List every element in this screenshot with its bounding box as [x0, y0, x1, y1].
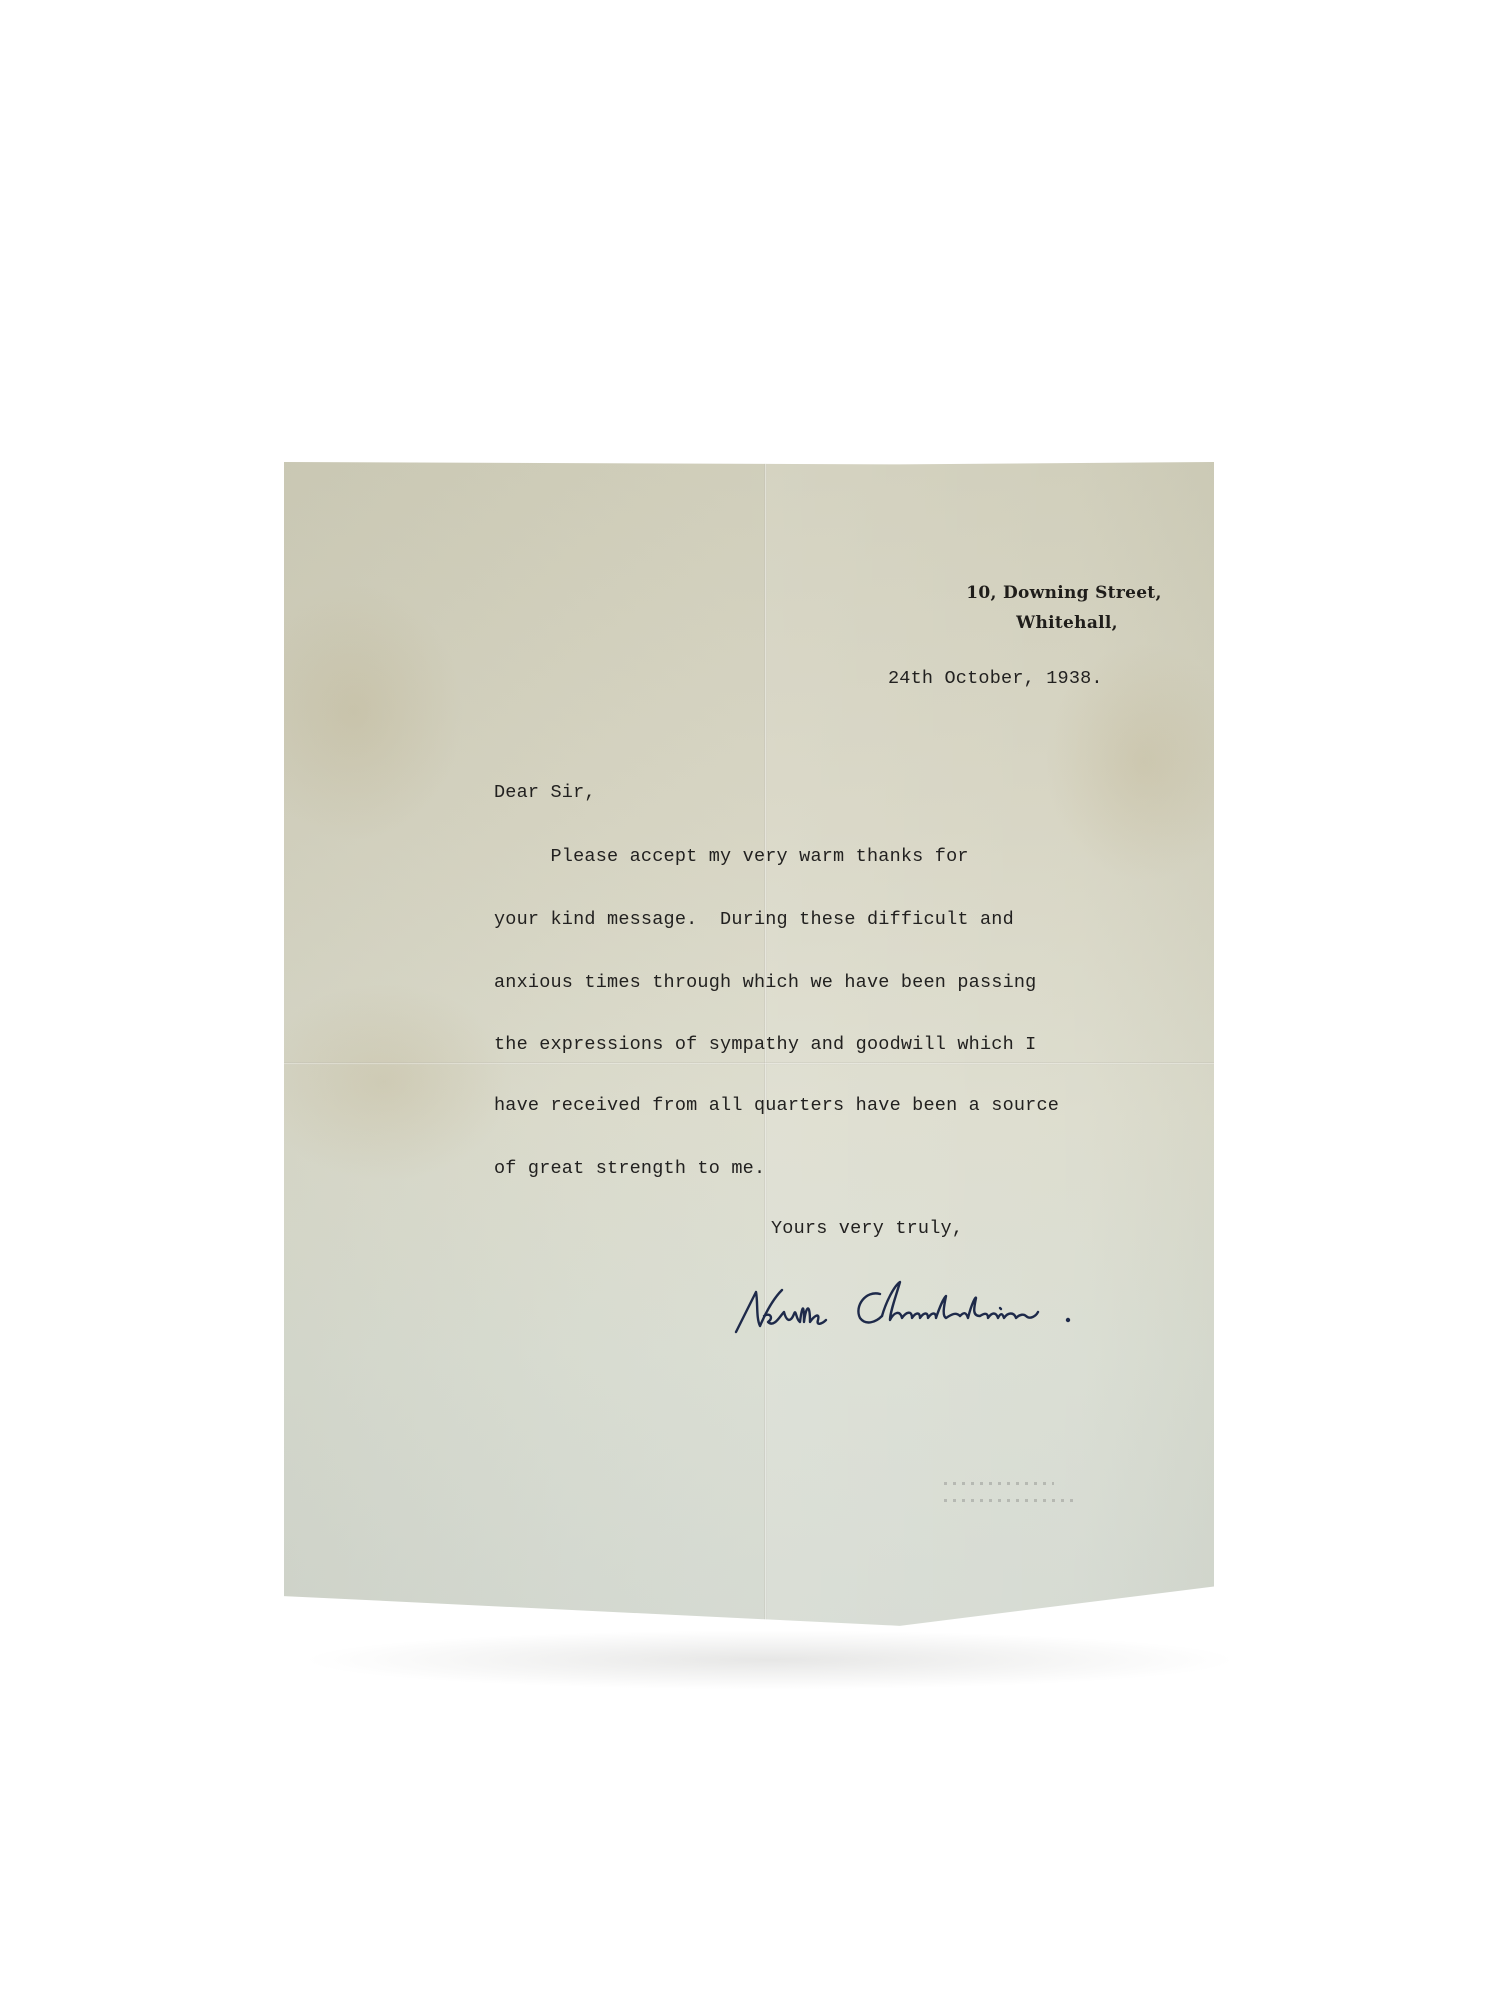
paper-shadow — [300, 1630, 1240, 1690]
handwritten-signature: Neville Chamberlain. — [730, 1272, 1110, 1352]
body-line: of great strength to me. — [494, 1158, 765, 1179]
letterhead-line-2: Whitehall, — [944, 608, 1184, 638]
body-line: have received from all quarters have bee… — [494, 1095, 1059, 1116]
age-stain — [244, 582, 464, 842]
horizontal-fold-crease — [284, 1062, 1214, 1065]
show-through-text — [944, 1482, 1084, 1532]
body-line: your kind message. During these difficul… — [494, 909, 1014, 930]
age-stain — [254, 982, 514, 1182]
salutation: Dear Sir, — [494, 782, 596, 803]
closing: Yours very truly, — [771, 1218, 963, 1239]
letterhead-address: 10, Downing Street, Whitehall, — [944, 578, 1184, 638]
letter-sheet: 10, Downing Street, Whitehall, 24th Octo… — [284, 462, 1214, 1652]
vertical-fold-crease — [764, 462, 767, 1652]
body-line: Please accept my very warm thanks for — [494, 846, 969, 867]
letter-date: 24th October, 1938. — [888, 668, 1103, 689]
right-panel — [766, 462, 1214, 1652]
letterhead-line-1: 10, Downing Street, — [966, 583, 1161, 603]
body-line: the expressions of sympathy and goodwill… — [494, 1034, 1037, 1055]
body-line: anxious times through which we have been… — [494, 972, 1037, 993]
